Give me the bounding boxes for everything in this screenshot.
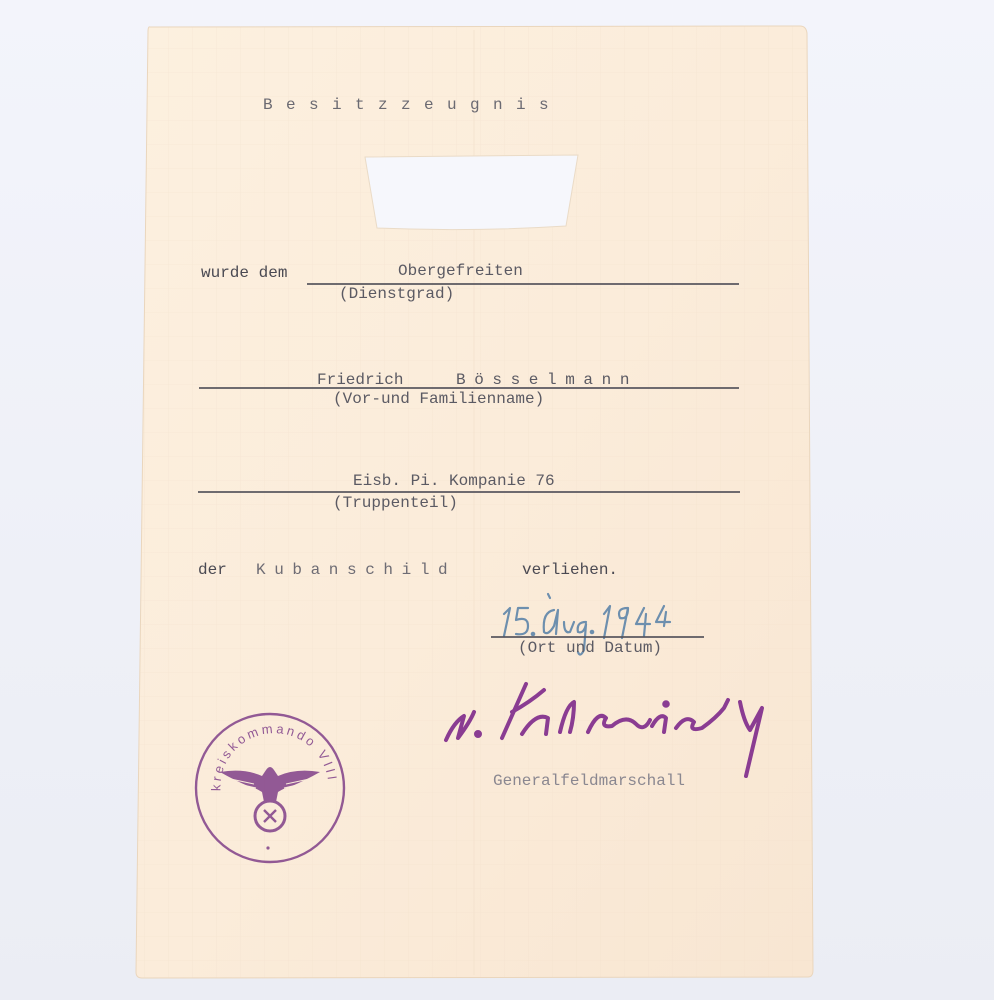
rank-value: Obergefreiten (398, 262, 523, 280)
award-suffix: verliehen. (522, 561, 618, 579)
badge-cutout-window (0, 0, 994, 1000)
unit-caption: (Truppenteil) (333, 494, 458, 512)
svg-text:15. Aug. 1944: 15. Aug. 1944 (488, 592, 496, 593)
official-stamp: kreiskommando VIII (192, 708, 352, 868)
date-underline (491, 636, 704, 638)
rank-caption: (Dienstgrad) (339, 285, 454, 303)
eagle-emblem-icon (220, 767, 320, 831)
intro-label: wurde dem (201, 264, 287, 282)
award-prefix: der (198, 561, 227, 579)
name-caption: (Vor-und Familienname) (333, 390, 544, 408)
signatory-title: Generalfeldmarschall (493, 772, 685, 790)
document-title: Besitzzeugnis (263, 96, 562, 114)
unit-underline (198, 491, 740, 493)
unit-value: Eisb. Pi. Kompanie 76 (353, 472, 555, 490)
certificate-paper: Besitzzeugnis wurde dem Obergefreiten (D… (0, 0, 994, 1000)
name-underline (199, 387, 739, 389)
award-name: Kubanschild (256, 561, 456, 579)
date-caption: (Ort und Datum) (518, 639, 662, 657)
